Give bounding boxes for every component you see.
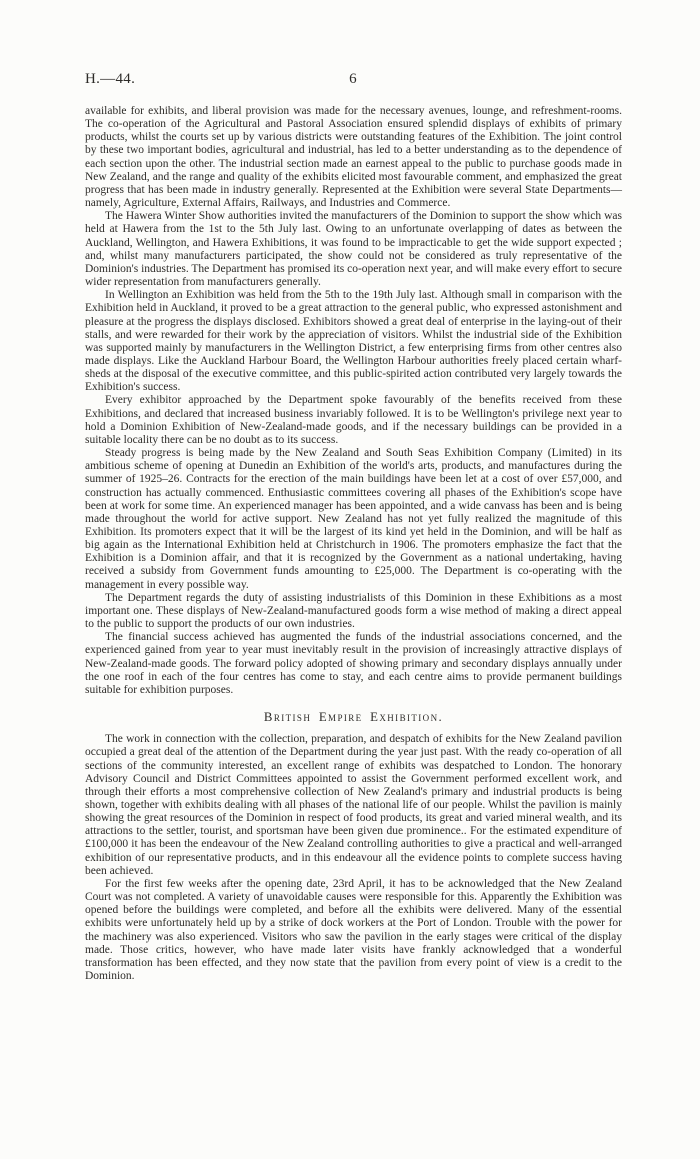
- paragraph: The Department regards the duty of assis…: [85, 592, 622, 631]
- paragraph: available for exhibits, and liberal prov…: [85, 105, 622, 210]
- paragraph: The work in connection with the collecti…: [85, 733, 622, 878]
- paragraph: Every exhibitor approached by the Depart…: [85, 394, 622, 447]
- document-page: H.—44. 6 available for exhibits, and lib…: [0, 0, 700, 1159]
- page-body: available for exhibits, and liberal prov…: [85, 105, 622, 983]
- paragraph: The financial success achieved has augme…: [85, 631, 622, 697]
- paragraph: For the first few weeks after the openin…: [85, 878, 622, 983]
- page-number: 6: [85, 71, 621, 88]
- page-header: H.—44. 6: [85, 71, 621, 91]
- paragraph: Steady progress is being made by the New…: [85, 447, 622, 592]
- section-heading: British Empire Exhibition.: [85, 711, 622, 724]
- paragraph: In Wellington an Exhibition was held fro…: [85, 289, 622, 394]
- paragraph: The Hawera Winter Show authorities invit…: [85, 210, 622, 289]
